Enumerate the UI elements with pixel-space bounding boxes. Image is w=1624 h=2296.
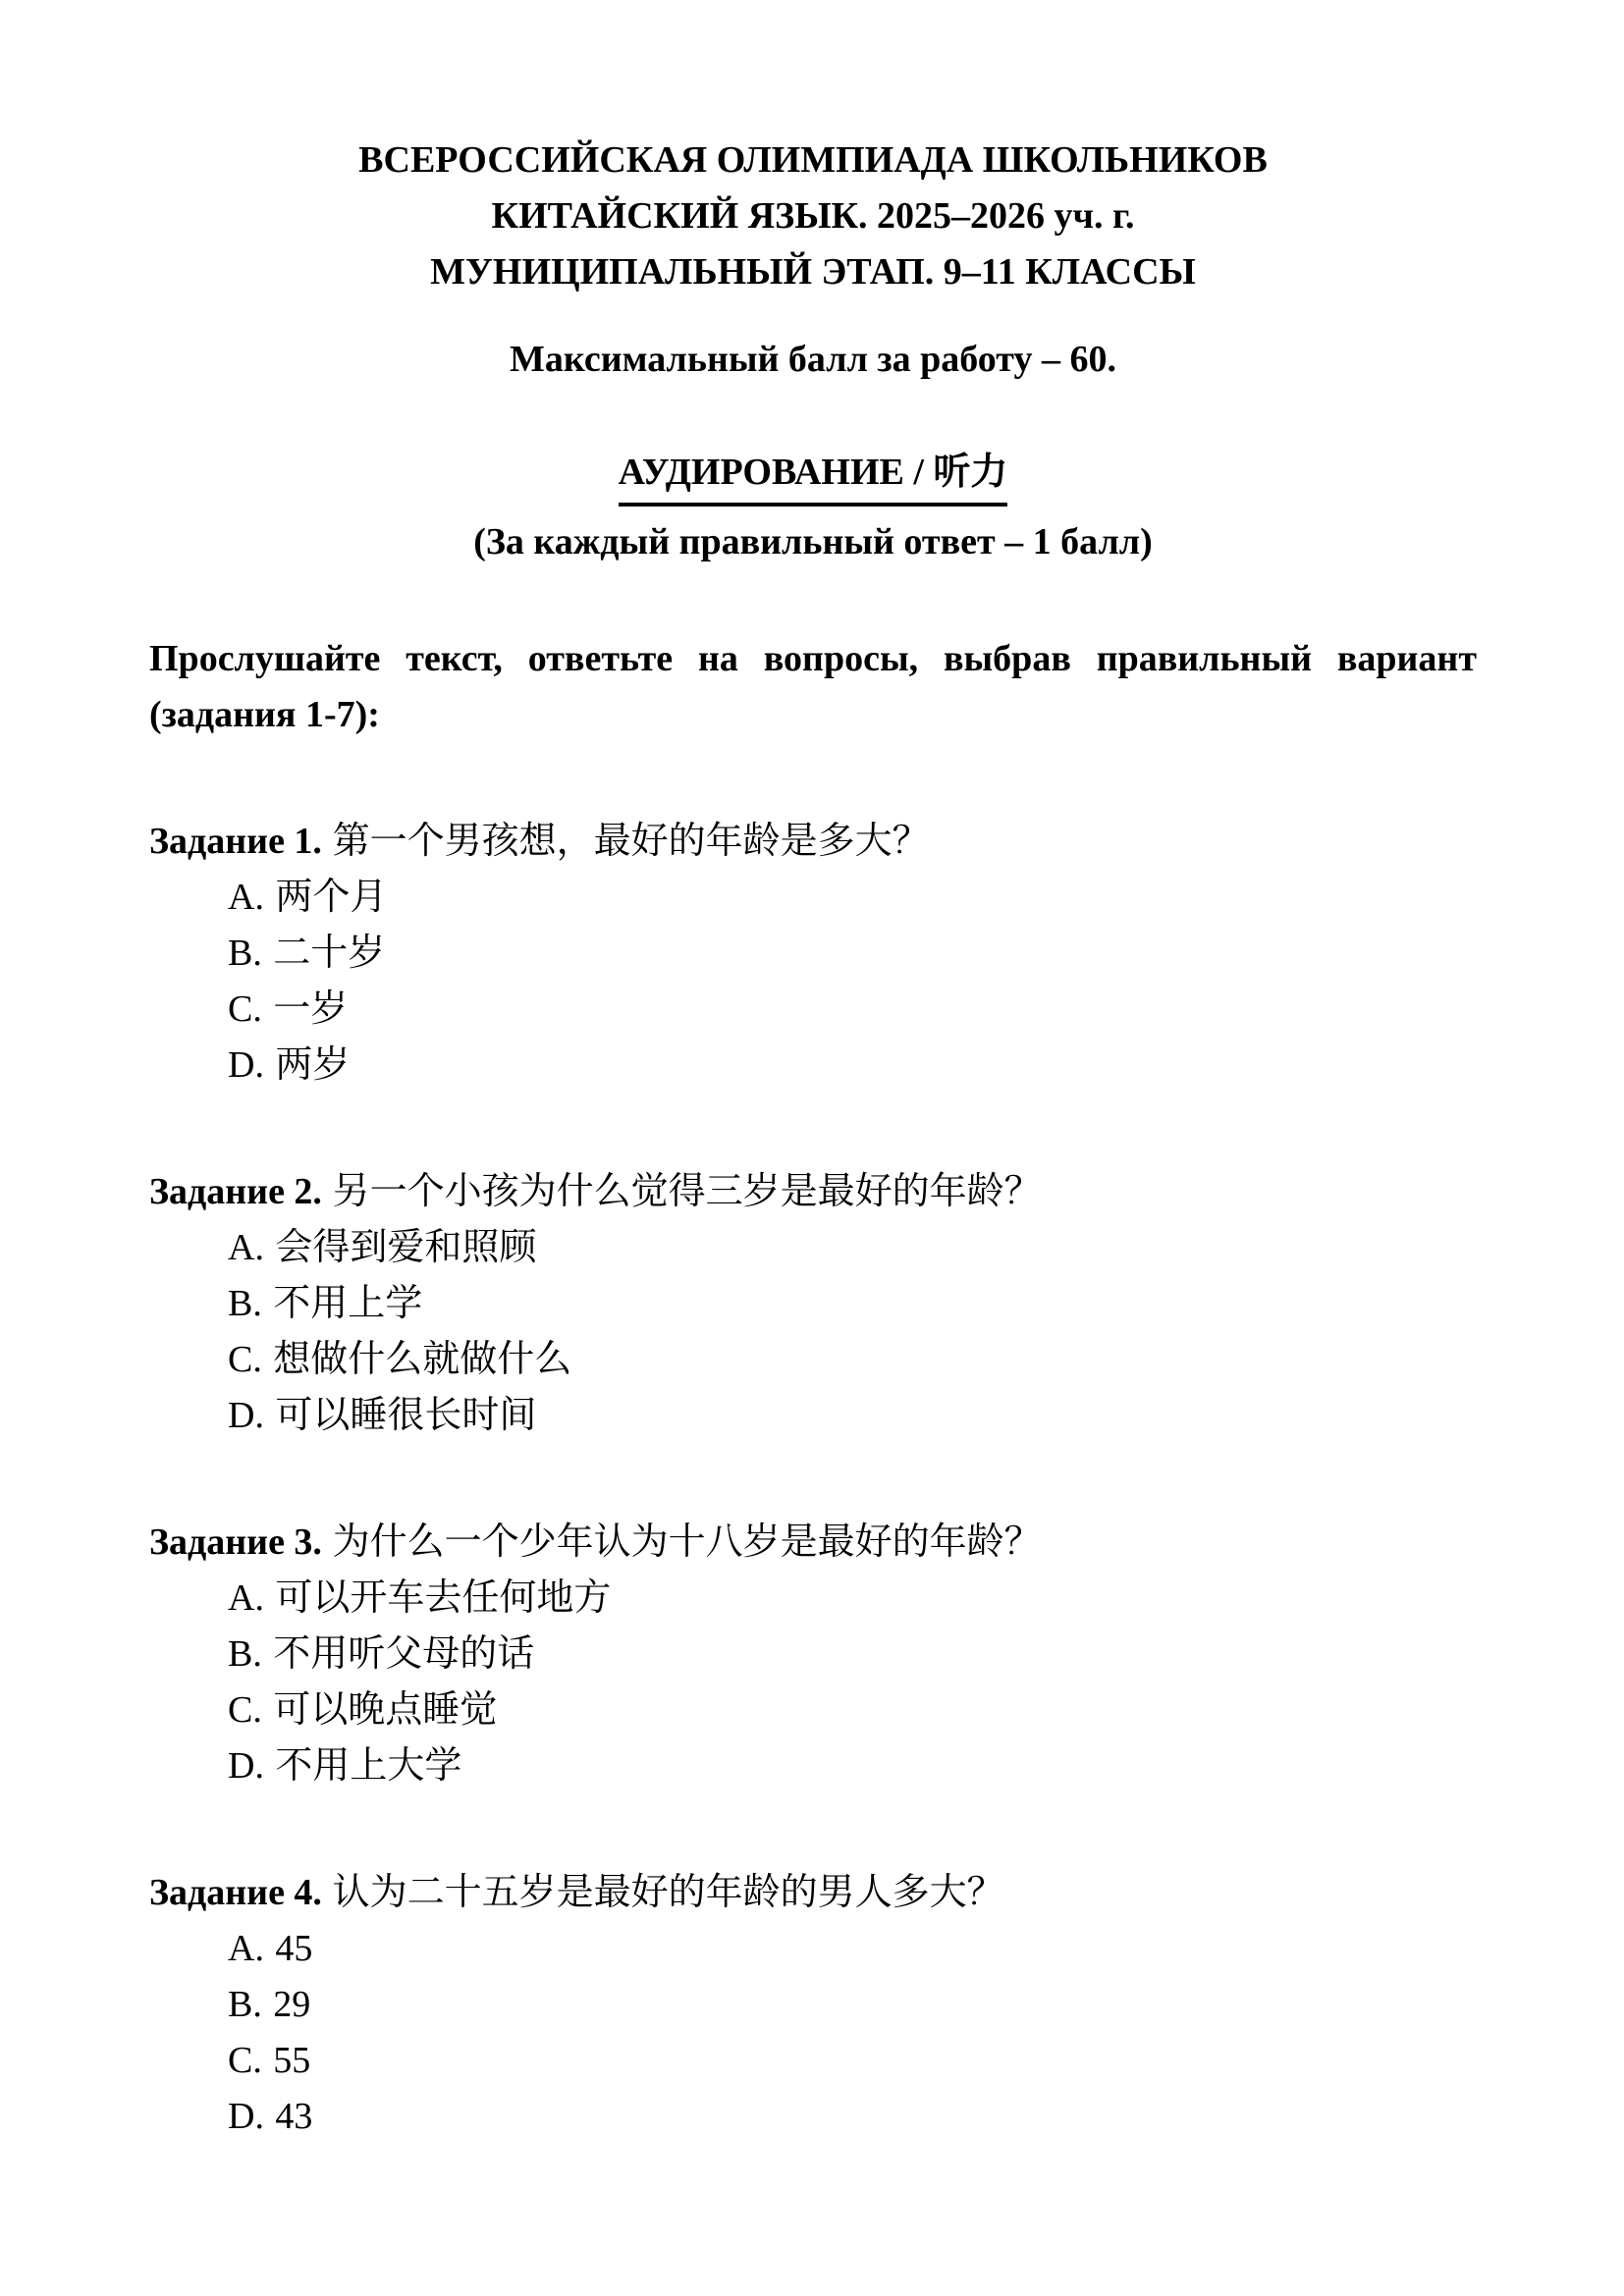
option-letter: D. (228, 1044, 264, 1086)
option-text: 不用听父母的话 (273, 1633, 534, 1675)
option-row: C.一岁 (228, 982, 1477, 1038)
option-text: 29 (273, 1984, 310, 2025)
header-line-3: МУНИЦИПАЛЬНЫЙ ЭТАП. 9–11 КЛАССЫ (149, 244, 1477, 300)
option-row: C.想做什么就做什么 (228, 1332, 1477, 1388)
option-letter: A. (228, 1227, 264, 1268)
option-text: 会得到爱和照顾 (275, 1227, 536, 1268)
scoring-note: (За каждый правильный ответ – 1 балл) (149, 514, 1477, 570)
option-text: 两个月 (275, 877, 387, 918)
task-2-options: A.会得到爱和照顾 B.不用上学 C.想做什么就做什么 D.可以睡很长时间 (149, 1220, 1477, 1444)
document-page: ВСЕРОССИЙСКАЯ ОЛИМПИАДА ШКОЛЬНИКОВ КИТАЙ… (0, 0, 1624, 2296)
option-letter: A. (228, 877, 264, 918)
max-score-note: Максимальный балл за работу – 60. (149, 332, 1477, 388)
option-row: A.两个月 (228, 870, 1477, 926)
task-1-question: 第一个男孩想，最好的年龄是多大？ (333, 821, 930, 862)
task-1-question-line: Задание 1.第一个男孩想，最好的年龄是多大？ (149, 814, 1477, 870)
instructions: Прослушайте текст, ответьте на вопросы, … (149, 631, 1477, 743)
option-text: 可以睡很长时间 (275, 1395, 536, 1436)
task-1: Задание 1.第一个男孩想，最好的年龄是多大？ A.两个月 B.二十岁 C… (149, 814, 1477, 1094)
document-header: ВСЕРОССИЙСКАЯ ОЛИМПИАДА ШКОЛЬНИКОВ КИТАЙ… (149, 133, 1477, 300)
option-letter: C. (228, 1339, 262, 1380)
option-letter: D. (228, 2096, 264, 2137)
option-text: 两岁 (275, 1044, 350, 1086)
option-letter: C. (228, 2040, 262, 2081)
task-3-options: A.可以开车去任何地方 B.不用听父母的话 C.可以晚点睡觉 D.不用上大学 (149, 1571, 1477, 1794)
option-text: 一岁 (273, 988, 348, 1030)
option-text: 想做什么就做什么 (273, 1339, 571, 1380)
option-letter: B. (228, 933, 262, 974)
task-4-options: A.45 B.29 C.55 D.43 (149, 1921, 1477, 2145)
option-text: 45 (275, 1928, 312, 1969)
task-4-question: 认为二十五岁是最好的年龄的男人多大？ (333, 1872, 1004, 1913)
task-4-question-line: Задание 4.认为二十五岁是最好的年龄的男人多大？ (149, 1865, 1477, 1921)
option-letter: D. (228, 1745, 264, 1787)
option-letter: D. (228, 1395, 264, 1436)
option-text: 55 (273, 2040, 310, 2081)
option-row: C.可以晚点睡觉 (228, 1682, 1477, 1738)
option-row: B.二十岁 (228, 926, 1477, 982)
option-row: D.可以睡很长时间 (228, 1388, 1477, 1444)
task-4-label: Задание 4. (149, 1872, 322, 1913)
option-text: 不用上学 (273, 1283, 422, 1324)
option-letter: B. (228, 1984, 262, 2025)
task-3-label: Задание 3. (149, 1522, 322, 1563)
header-line-2: КИТАЙСКИЙ ЯЗЫК. 2025–2026 уч. г. (149, 188, 1477, 244)
header-line-1: ВСЕРОССИЙСКАЯ ОЛИМПИАДА ШКОЛЬНИКОВ (149, 133, 1477, 188)
option-row: B.29 (228, 1977, 1477, 2033)
option-letter: B. (228, 1283, 262, 1324)
option-row: D.两岁 (228, 1038, 1477, 1094)
option-letter: C. (228, 1689, 262, 1731)
option-letter: A. (228, 1928, 264, 1969)
task-1-options: A.两个月 B.二十岁 C.一岁 D.两岁 (149, 870, 1477, 1094)
option-text: 二十岁 (273, 933, 385, 974)
option-row: B.不用上学 (228, 1276, 1477, 1332)
section-title-wrap: АУДИРОВАНИЕ / 听力 (149, 445, 1477, 507)
option-row: A.会得到爱和照顾 (228, 1220, 1477, 1276)
section-title: АУДИРОВАНИЕ / 听力 (619, 445, 1008, 507)
task-1-label: Задание 1. (149, 821, 322, 862)
task-4: Задание 4.认为二十五岁是最好的年龄的男人多大？ A.45 B.29 C… (149, 1865, 1477, 2145)
option-text: 可以开车去任何地方 (275, 1577, 611, 1619)
option-text: 可以晚点睡觉 (273, 1689, 497, 1731)
task-2-label: Задание 2. (149, 1171, 322, 1212)
task-2-question-line: Задание 2.另一个小孩为什么觉得三岁是最好的年龄？ (149, 1164, 1477, 1220)
task-3-question: 为什么一个少年认为十八岁是最好的年龄？ (333, 1522, 1042, 1563)
option-text: 43 (275, 2096, 312, 2137)
task-3-question-line: Задание 3.为什么一个少年认为十八岁是最好的年龄？ (149, 1515, 1477, 1571)
option-letter: C. (228, 988, 262, 1030)
option-row: D.43 (228, 2089, 1477, 2145)
option-row: C.55 (228, 2033, 1477, 2089)
option-letter: A. (228, 1577, 264, 1619)
option-row: D.不用上大学 (228, 1738, 1477, 1794)
option-row: A.可以开车去任何地方 (228, 1571, 1477, 1627)
option-row: A.45 (228, 1921, 1477, 1977)
task-2-question: 另一个小孩为什么觉得三岁是最好的年龄？ (333, 1171, 1042, 1212)
task-2: Задание 2.另一个小孩为什么觉得三岁是最好的年龄？ A.会得到爱和照顾 … (149, 1164, 1477, 1444)
option-row: B.不用听父母的话 (228, 1627, 1477, 1682)
option-letter: B. (228, 1633, 262, 1675)
option-text: 不用上大学 (275, 1745, 461, 1787)
task-3: Задание 3.为什么一个少年认为十八岁是最好的年龄？ A.可以开车去任何地… (149, 1515, 1477, 1794)
